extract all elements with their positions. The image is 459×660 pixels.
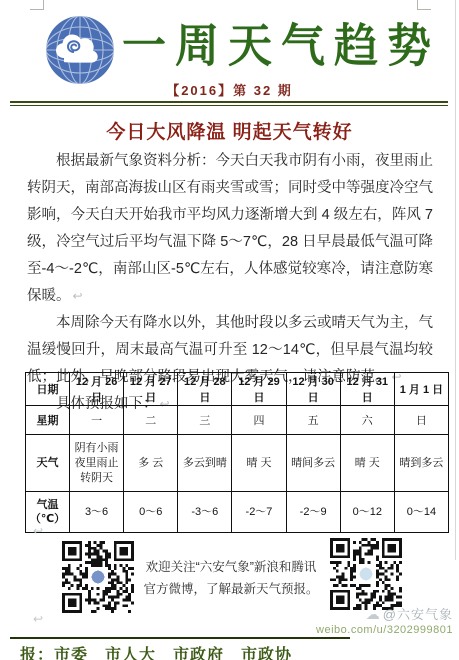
watermark-url: weibo.com/u/3202999801 bbox=[283, 624, 453, 636]
weather-cell: 晴到多云 bbox=[394, 435, 448, 492]
temp-cell: -2～9 bbox=[286, 492, 340, 533]
date-cell: 12 月 30 日 bbox=[286, 373, 340, 406]
masthead: 一周天气趋势 bbox=[0, 10, 459, 88]
table-row-weekday: 星期 一 二 三 四 五 六 日 bbox=[26, 406, 449, 435]
temp-cell: -3～6 bbox=[178, 492, 232, 533]
table-row-date: 日期 12 月 26 日 12 月 27 日 12 月 28 日 12 月 29… bbox=[26, 373, 449, 406]
date-cell: 12 月 28 日 bbox=[178, 373, 232, 406]
qr-caption-line1: 欢迎关注“六安气象”新浪和腾讯 bbox=[138, 556, 324, 578]
distribution-line: 报：市委 市人大 市政府 市政协 bbox=[20, 642, 440, 660]
paragraph-text: 根据最新气象资料分析：今天白天我市阴有小雨，夜里雨止转阴天，南部高海拔山区有雨夹… bbox=[27, 153, 433, 304]
table-row-temperature: 气温 （℃） 3～6 0～6 -3～6 -2～7 -2～9 0～12 0～14 bbox=[26, 492, 449, 533]
return-mark-icon: ↩ bbox=[33, 524, 43, 538]
qr-caption-line2: 官方微博，了解最新天气预报。 bbox=[138, 578, 324, 600]
table-row-weather: 天气 阴有小雨 夜里雨止 转阴天 多 云 多云到晴 晴 天 晴间多云 晴 天 晴… bbox=[26, 435, 449, 492]
return-mark-icon: ↩ bbox=[33, 612, 43, 626]
row-label-date: 日期 bbox=[26, 373, 70, 406]
weekday-cell: 四 bbox=[232, 406, 286, 435]
headline: 今日大风降温 明起天气转好 bbox=[0, 117, 459, 144]
qr-code-weibo bbox=[62, 541, 134, 613]
weekday-cell: 三 bbox=[178, 406, 232, 435]
temp-cell: 3～6 bbox=[70, 492, 124, 533]
issue-number: 【2016】第 32 期 bbox=[0, 80, 459, 99]
weather-cell: 阴有小雨 夜里雨止 转阴天 bbox=[70, 435, 124, 492]
weekday-cell: 二 bbox=[124, 406, 178, 435]
weekday-cell: 一 bbox=[70, 406, 124, 435]
weather-cell: 晴 天 bbox=[340, 435, 394, 492]
date-cell: 12 月 31 日 bbox=[340, 373, 394, 406]
margin-crop-mark-left bbox=[30, 0, 44, 10]
weekday-cell: 日 bbox=[394, 406, 448, 435]
masthead-title: 一周天气趋势 bbox=[122, 17, 447, 78]
temp-cell: 0～14 bbox=[394, 492, 448, 533]
date-cell: 12 月 27 日 bbox=[124, 373, 178, 406]
weather-cell: 多云到晴 bbox=[178, 435, 232, 492]
margin-crop-mark-right bbox=[417, 0, 431, 10]
row-label-weekday: 星期 bbox=[26, 406, 70, 435]
weather-cell: 多 云 bbox=[124, 435, 178, 492]
temp-cell: 0～12 bbox=[340, 492, 394, 533]
weather-bulletin-page: 一周天气趋势 【2016】第 32 期 今日大风降温 明起天气转好 根据最新气象… bbox=[0, 0, 459, 660]
row-label-weather: 天气 bbox=[26, 435, 70, 492]
weekday-cell: 五 bbox=[286, 406, 340, 435]
forecast-table: 日期 12 月 26 日 12 月 27 日 12 月 28 日 12 月 29… bbox=[25, 372, 449, 533]
qr-caption: 欢迎关注“六安气象”新浪和腾讯 官方微博，了解最新天气预报。 bbox=[138, 556, 324, 600]
qr-code-tencent bbox=[330, 538, 402, 610]
weather-cell: 晴间多云 bbox=[286, 435, 340, 492]
date-cell: 1 月 1 日 bbox=[394, 373, 448, 406]
header-divider bbox=[10, 101, 448, 106]
weekday-cell: 六 bbox=[340, 406, 394, 435]
temp-cell: -2～7 bbox=[232, 492, 286, 533]
date-cell: 12 月 26 日 bbox=[70, 373, 124, 406]
temp-cell: 0～6 bbox=[124, 492, 178, 533]
date-cell: 12 月 29 日 bbox=[232, 373, 286, 406]
weather-cell: 晴 天 bbox=[232, 435, 286, 492]
cloud-globe-icon bbox=[44, 14, 116, 86]
return-mark-icon: ↩ bbox=[73, 289, 83, 303]
footer-divider bbox=[10, 637, 350, 639]
paragraph-analysis: 根据最新气象资料分析：今天白天我市阴有小雨，夜里雨止转阴天，南部高海拔山区有雨夹… bbox=[27, 148, 433, 310]
